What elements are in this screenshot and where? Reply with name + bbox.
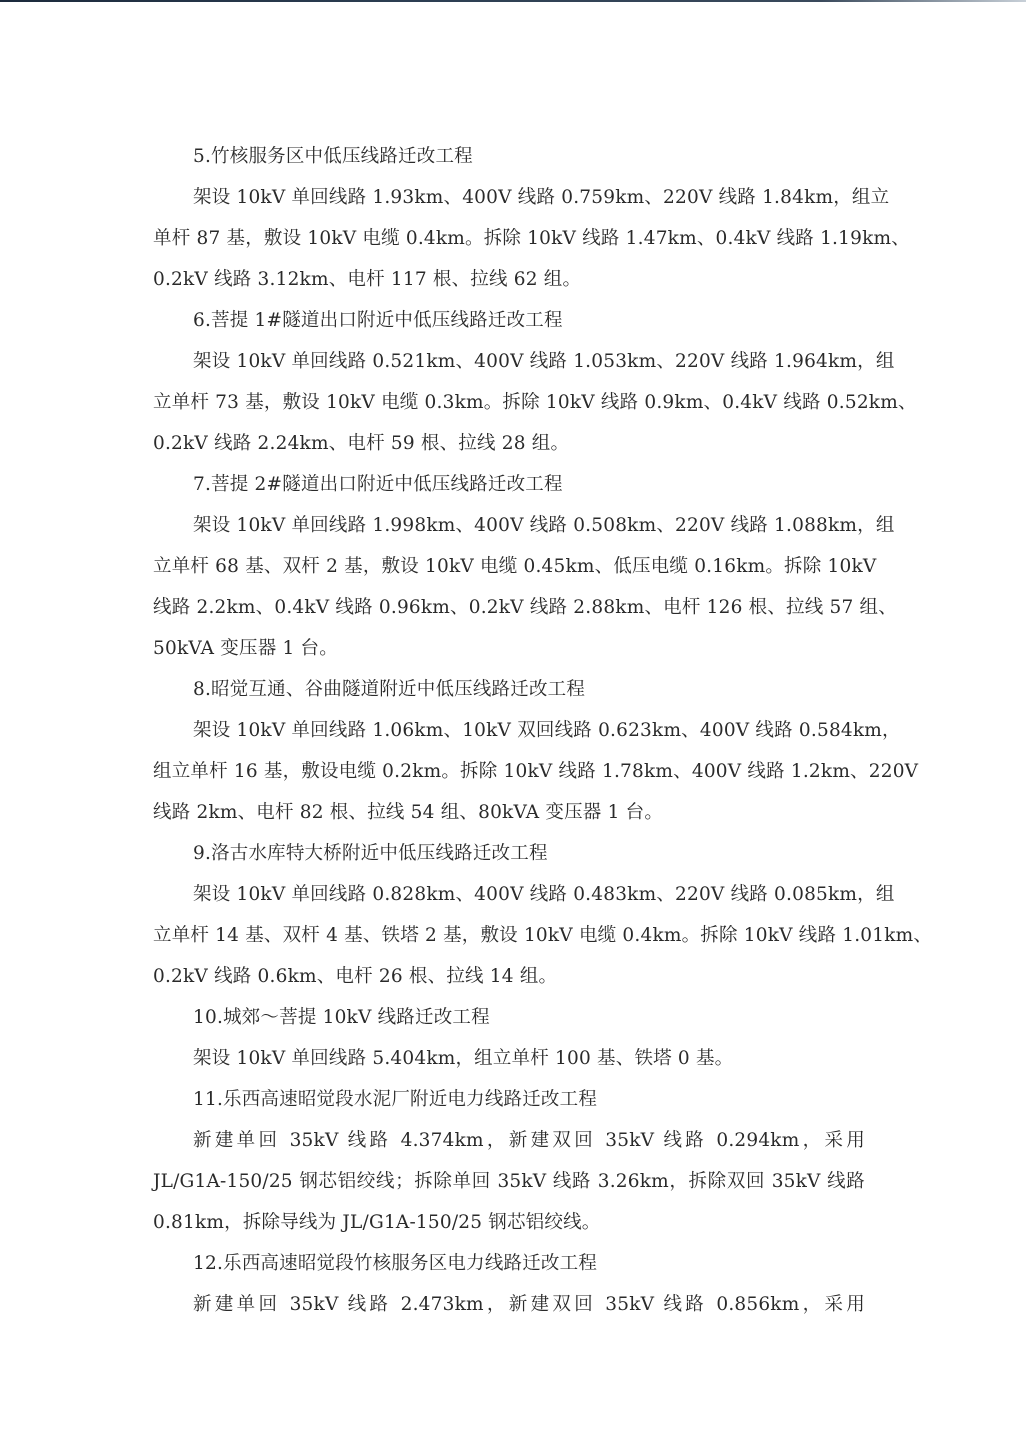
section-heading: 5.竹核服务区中低压线路迁改工程 bbox=[153, 136, 865, 177]
section-12: 12.乐西高速昭觉段竹核服务区电力线路迁改工程 新建单回 35kV 线路 2.4… bbox=[153, 1243, 865, 1325]
paragraph-line: 单杆 87 基，敷设 10kV 电缆 0.4km。拆除 10kV 线路 1.47… bbox=[153, 218, 865, 259]
section-7: 7.菩提 2#隧道出口附近中低压线路迁改工程 架设 10kV 单回线路 1.99… bbox=[153, 464, 865, 669]
paragraph-line: 立单杆 73 基，敷设 10kV 电缆 0.3km。拆除 10kV 线路 0.9… bbox=[153, 382, 865, 423]
section-6: 6.菩提 1#隧道出口附近中低压线路迁改工程 架设 10kV 单回线路 0.52… bbox=[153, 300, 865, 464]
section-heading: 7.菩提 2#隧道出口附近中低压线路迁改工程 bbox=[153, 464, 865, 505]
section-5: 5.竹核服务区中低压线路迁改工程 架设 10kV 单回线路 1.93km、400… bbox=[153, 136, 865, 300]
paragraph-line: 0.2kV 线路 3.12km、电杆 117 根、拉线 62 组。 bbox=[153, 259, 865, 300]
section-8: 8.昭觉互通、谷曲隧道附近中低压线路迁改工程 架设 10kV 单回线路 1.06… bbox=[153, 669, 865, 833]
paragraph-line: 0.2kV 线路 0.6km、电杆 26 根、拉线 14 组。 bbox=[153, 956, 865, 997]
paragraph-line: JL/G1A-150/25 钢芯铝绞线；拆除单回 35kV 线路 3.26km，… bbox=[153, 1161, 865, 1202]
paragraph-line: 架设 10kV 单回线路 0.828km、400V 线路 0.483km、220… bbox=[153, 874, 865, 915]
paragraph-line: 立单杆 68 基、双杆 2 基，敷设 10kV 电缆 0.45km、低压电缆 0… bbox=[153, 546, 865, 587]
scan-edge-strip bbox=[0, 0, 1026, 2]
paragraph-line: 线路 2.2km、0.4kV 线路 0.96km、0.2kV 线路 2.88km… bbox=[153, 587, 865, 628]
paragraph-line: 新建单回 35kV 线路 4.374km，新建双回 35kV 线路 0.294k… bbox=[153, 1120, 865, 1161]
section-heading: 9.洛古水库特大桥附近中低压线路迁改工程 bbox=[153, 833, 865, 874]
paragraph-line: 架设 10kV 单回线路 1.06km、10kV 双回线路 0.623km、40… bbox=[153, 710, 865, 751]
paragraph-line: 立单杆 14 基、双杆 4 基、铁塔 2 基，敷设 10kV 电缆 0.4km。… bbox=[153, 915, 865, 956]
document-page: 5.竹核服务区中低压线路迁改工程 架设 10kV 单回线路 1.93km、400… bbox=[153, 136, 865, 1325]
section-heading: 8.昭觉互通、谷曲隧道附近中低压线路迁改工程 bbox=[153, 669, 865, 710]
paragraph-line: 0.81km，拆除导线为 JL/G1A-150/25 钢芯铝绞线。 bbox=[153, 1202, 865, 1243]
paragraph-line: 新建单回 35kV 线路 2.473km，新建双回 35kV 线路 0.856k… bbox=[153, 1284, 865, 1325]
paragraph-line: 组立单杆 16 基，敷设电缆 0.2km。拆除 10kV 线路 1.78km、4… bbox=[153, 751, 865, 792]
section-10: 10.城郊～菩提 10kV 线路迁改工程 架设 10kV 单回线路 5.404k… bbox=[153, 997, 865, 1079]
paragraph-line: 架设 10kV 单回线路 1.93km、400V 线路 0.759km、220V… bbox=[153, 177, 865, 218]
paragraph-line: 架设 10kV 单回线路 5.404km，组立单杆 100 基、铁塔 0 基。 bbox=[153, 1038, 865, 1079]
paragraph-line: 架设 10kV 单回线路 1.998km、400V 线路 0.508km、220… bbox=[153, 505, 865, 546]
paragraph-line: 线路 2km、电杆 82 根、拉线 54 组、80kVA 变压器 1 台。 bbox=[153, 792, 865, 833]
section-heading: 11.乐西高速昭觉段水泥厂附近电力线路迁改工程 bbox=[153, 1079, 865, 1120]
section-9: 9.洛古水库特大桥附近中低压线路迁改工程 架设 10kV 单回线路 0.828k… bbox=[153, 833, 865, 997]
section-11: 11.乐西高速昭觉段水泥厂附近电力线路迁改工程 新建单回 35kV 线路 4.3… bbox=[153, 1079, 865, 1243]
section-heading: 10.城郊～菩提 10kV 线路迁改工程 bbox=[153, 997, 865, 1038]
section-heading: 12.乐西高速昭觉段竹核服务区电力线路迁改工程 bbox=[153, 1243, 865, 1284]
paragraph-line: 0.2kV 线路 2.24km、电杆 59 根、拉线 28 组。 bbox=[153, 423, 865, 464]
paragraph-line: 50kVA 变压器 1 台。 bbox=[153, 628, 865, 669]
section-heading: 6.菩提 1#隧道出口附近中低压线路迁改工程 bbox=[153, 300, 865, 341]
paragraph-line: 架设 10kV 单回线路 0.521km、400V 线路 1.053km、220… bbox=[153, 341, 865, 382]
